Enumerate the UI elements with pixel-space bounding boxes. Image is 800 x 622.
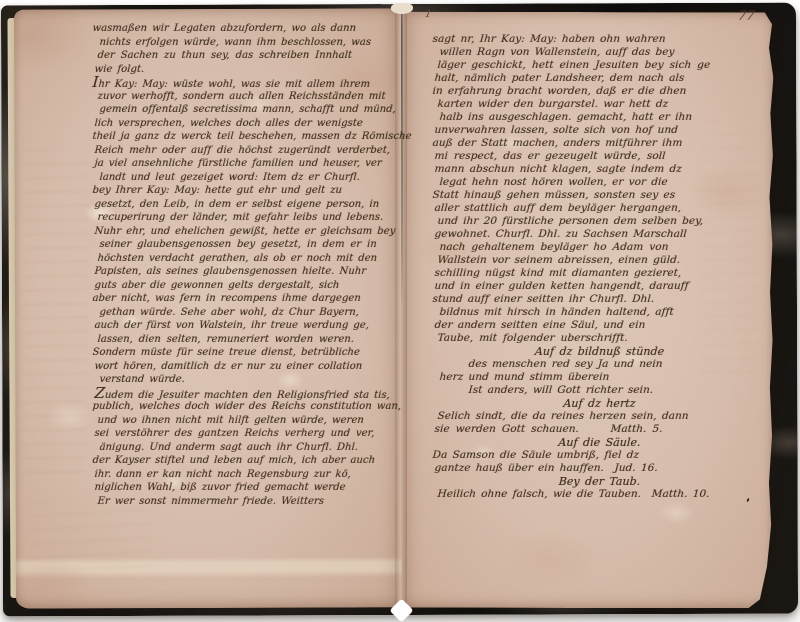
manuscript-line: Ihr Kay: May: wüste wohl, was sie mit al… — [92, 76, 399, 90]
manuscript-line: niglichen Wahl, biß zuvor fried gemacht … — [94, 481, 399, 495]
manuscript-line: wie folgt. — [94, 63, 399, 77]
manuscript-line: mi respect, das er gezeugelt würde, soll — [434, 150, 765, 163]
manuscript-line: willen Ragn von Wallenstein, auff das be… — [439, 46, 765, 59]
manuscript-line: Bey der Taub. — [434, 475, 765, 488]
manuscript-line: halt, nämlich pater Landsheer, dem nach … — [434, 72, 765, 85]
manuscript-line: und in einer gulden ketten hangendt, dar… — [434, 280, 765, 293]
manuscript-line: gesetzt, den Leib, in dem er selbst eige… — [94, 198, 399, 212]
manuscript-line: seiner glaubensgenossen bey gesetzt, in … — [99, 238, 399, 252]
manuscript-line: publich, welches doch wider des Reichs c… — [92, 400, 399, 414]
manuscript-line: Ist anders, will Gott richter sein. — [468, 384, 765, 397]
manuscript-photo: wasmaßen wir Legaten abzufordern, wo als… — [0, 0, 800, 622]
manuscript-line: Heilich ohne falsch, wie die Tauben. Mat… — [437, 488, 765, 501]
manuscript-line: bey Ihrer Kay: May: hette gut ehr und ge… — [92, 184, 399, 198]
manuscript-line: landt und leut gezeiget word: Item dz er… — [99, 171, 399, 185]
manuscript-line: guts aber die gewonnen gelts dergestalt,… — [94, 279, 399, 293]
manuscript-line: karten wider den burgarstel. war hett dz — [437, 98, 765, 111]
manuscript-line: Statt hinauß gehen müssen, sonsten sey e… — [432, 189, 765, 202]
manuscript-line: ihr. dann er kan nicht nach Regensburg z… — [94, 468, 399, 482]
manuscript-line: auß der Statt machen, anders mitführer i… — [432, 137, 765, 150]
manuscript-line: sei verstöhrer des gantzen Reichs verher… — [94, 427, 399, 441]
manuscript-line: zuvor werhofft, sondern auch allen Reich… — [97, 90, 399, 104]
manuscript-line: änigung. Und anderm sagt auch ihr Churfl… — [99, 441, 399, 455]
manuscript-line: Papisten, als seines glaubensgenossen hi… — [94, 265, 399, 279]
manuscript-line: der Sachen zu thun sey, das schreiben In… — [97, 49, 399, 63]
manuscript-line: der andern seitten eine Säul, und ein — [434, 319, 765, 332]
manuscript-line: Auf dz hertz — [434, 397, 765, 410]
manuscript-line: Zudem die Jesuiter machten den Religions… — [94, 387, 399, 401]
manuscript-line: legat hehn nost hören wollen, er vor die — [439, 176, 765, 189]
manuscript-line: halb ins ausgeschlagen. gemacht, hatt er… — [439, 111, 765, 124]
manuscript-line: stund auff einer seitten ihr Churfl. Dhl… — [432, 293, 765, 306]
manuscript-line: gantze hauß über ein hauffen. Jud. 16. — [434, 462, 765, 475]
manuscript-line: nichts erfolgen würde, wann ihm beschlos… — [99, 36, 399, 50]
manuscript-line: Taube, mit folgender uberschrifft. — [437, 332, 765, 345]
manuscript-line: gemein offentalß secretissima mann, scha… — [99, 103, 399, 117]
manuscript-line: gewohnet. Churfl. Dhl. zu Sachsen Marsch… — [434, 228, 765, 241]
manuscript-line: Nuhr ehr, und ehelichen gewißt, hette er… — [94, 225, 399, 239]
left-page-text: wasmaßen wir Legaten abzufordern, wo als… — [94, 22, 398, 508]
right-page-text: sagt nr, Ihr Kay: May: haben ohn wahrenw… — [434, 33, 764, 501]
manuscript-line: sagt nr, Ihr Kay: May: haben ohn wahren — [432, 33, 765, 46]
manuscript-line: wasmaßen wir Legaten abzufordern, wo als… — [92, 22, 399, 36]
manuscript-line: der Kayser stiftel und leben auf mich, i… — [92, 454, 399, 468]
manuscript-line: bildnus mit hirsch in händen haltend, af… — [439, 306, 765, 319]
manuscript-line: Er wer sonst nimmermehr friede. Weitters — [97, 495, 399, 509]
manuscript-line: verstand würde. — [99, 373, 399, 387]
page-number: 77 — [737, 9, 756, 24]
manuscript-line: unverwahren lassen, solte sich von hof u… — [434, 124, 765, 137]
manuscript-line: läger geschickt, hett einen Jesuiten bey… — [437, 59, 765, 72]
manuscript-line: aller stattlich auff dem beyläger hergan… — [434, 202, 765, 215]
manuscript-line: lich versprechen, welches doch alles der… — [94, 117, 399, 131]
manuscript-line: Wallstein vor seinem abreissen, einen gü… — [437, 254, 765, 267]
manuscript-line: Reich mehr oder auff die höchst zugeründ… — [94, 144, 399, 158]
manuscript-line: Da Samson die Säule umbriß, fiel dz — [432, 449, 765, 462]
manuscript-line: des menschen red sey Ja und nein — [468, 358, 765, 371]
manuscript-line: Auf die Säule. — [434, 436, 765, 449]
manuscript-line: und ihr 20 fürstliche personen dem selbe… — [437, 215, 765, 228]
manuscript-line: höchsten verdacht gerathen, als ob er no… — [97, 252, 399, 266]
manuscript-line: aber nicht, was fern in recompens ihme d… — [92, 292, 399, 306]
manuscript-line: gethan würde. Sehe aber wohl, dz Chur Ba… — [99, 306, 399, 320]
manuscript-line: Selich sindt, die da reines herzen sein,… — [437, 410, 765, 423]
manuscript-line: sie werden Gott schauen. Matth. 5. — [434, 423, 765, 436]
manuscript-line: und wo ihnen nicht mit hilft gelten würd… — [97, 414, 399, 428]
manuscript-line: Auf dz bildnuß stünde — [434, 345, 765, 358]
manuscript-line: in erfahrung bracht worden, daß er die d… — [432, 85, 765, 98]
manuscript-line: herz und mund stimm überein — [439, 371, 765, 384]
manuscript-line: schilling nügst kind mit diamanten gezie… — [434, 267, 765, 280]
manuscript-line: theil ja ganz dz werck teil beschehen, m… — [92, 130, 399, 144]
manuscript-line: mann abschun nicht klagen, sagte indem d… — [434, 163, 765, 176]
manuscript-line: ja viel ansehnliche fürstliche familien … — [94, 157, 399, 171]
manuscript-line: lassen, dien selten, remuneriert worden … — [97, 333, 399, 347]
manuscript-line: recuperirung der länder, mit gefahr leib… — [97, 211, 399, 225]
manuscript-line: auch der fürst von Walstein, ihr treue w… — [94, 319, 399, 333]
manuscript-line: nach gehaltenem beyläger ho Adam von — [439, 241, 765, 254]
manuscript-line: Sondern müste für seine treue dienst, be… — [92, 346, 399, 360]
manuscript-line: wort hören, damitlich dz er nur zu einer… — [94, 360, 399, 374]
